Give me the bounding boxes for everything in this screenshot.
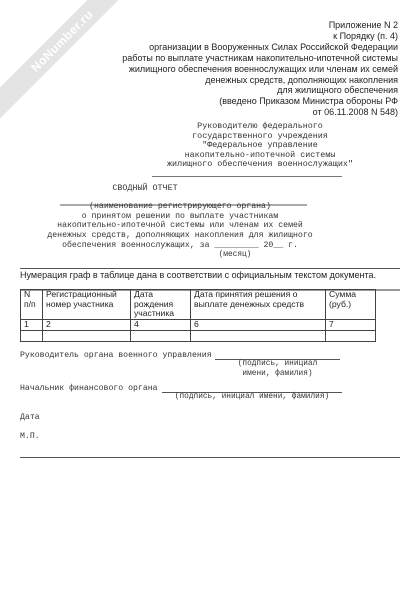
table-row <box>21 330 376 341</box>
table-cell[interactable] <box>131 330 191 341</box>
report-body-line: денежных средств, дополняющих накопления… <box>40 231 320 241</box>
note-top-rule <box>20 268 400 269</box>
military-head-label: Руководитель органа военного управления <box>20 351 212 360</box>
appendix-line: работы по выплате участникам накопительн… <box>68 53 398 64</box>
org-caption: (наименование регистрирующего органа) <box>40 202 320 212</box>
addressee-block: Руководителю федерального государственно… <box>150 122 370 170</box>
header-decision-date: Дата принятия решения о выплате денежных… <box>191 290 326 320</box>
header-number: N п/п <box>21 290 43 320</box>
military-head-caption: (подпись, инициал имени, фамилия) <box>215 360 340 379</box>
report-title: СВОДНЫЙ ОТЧЕТ <box>0 183 290 193</box>
appendix-line: организации в Вооруженных Силах Российск… <box>68 42 398 53</box>
header-birth-date: Дата рождения участника <box>131 290 191 320</box>
appendix-header: Приложение N 2 к Порядку (п. 4) организа… <box>68 20 398 118</box>
column-number: 7 <box>326 319 376 330</box>
report-body-line: обеспечения военнослужащих, за _________… <box>40 241 320 251</box>
table-cell[interactable] <box>191 330 326 341</box>
report-body: (наименование регистрирующего органа) о … <box>40 202 320 260</box>
table-header-row: N п/п Регистрационный номер участника Да… <box>21 290 376 320</box>
stamp-label: М.П. <box>20 432 40 441</box>
table-cell[interactable] <box>21 330 43 341</box>
appendix-line: от 06.11.2008 N 548) <box>68 107 398 118</box>
column-number: 4 <box>131 319 191 330</box>
addressee-line: жилищного обеспечения военнослужащих" <box>150 160 370 170</box>
table-cell[interactable] <box>43 330 131 341</box>
date-label: Дата <box>20 413 40 422</box>
bottom-rule <box>20 457 400 458</box>
report-body-line: о принятом решении по выплате участникам <box>40 212 320 222</box>
table-column-numbers-row: 1 2 4 6 7 <box>21 319 376 330</box>
appendix-line: (введено Приказом Министра обороны РФ <box>68 96 398 107</box>
month-caption: (месяц) <box>40 251 320 261</box>
report-body-line: накопительно-ипотечной системы или члена… <box>40 221 320 231</box>
addressee-sign-line <box>152 176 342 177</box>
table-cell[interactable] <box>326 330 376 341</box>
appendix-line: денежных средств, дополняющих накопления <box>68 75 398 86</box>
column-number: 1 <box>21 319 43 330</box>
numbering-note: Нумерация граф в таблице дана в соответс… <box>20 270 400 280</box>
appendix-line: Приложение N 2 <box>68 20 398 31</box>
appendix-line: для жилищного обеспечения <box>68 85 398 96</box>
appendix-line: к Порядку (п. 4) <box>68 31 398 42</box>
header-reg-number: Регистрационный номер участника <box>43 290 131 320</box>
column-number: 2 <box>43 319 131 330</box>
caption-line: имени, фамилия) <box>215 370 340 380</box>
column-number: 6 <box>191 319 326 330</box>
participants-table: N п/п Регистрационный номер участника Да… <box>20 289 376 342</box>
finance-head-label: Начальник финансового органа <box>20 384 158 393</box>
appendix-line: жилищного обеспечения военнослужащих или… <box>68 64 398 75</box>
caption-line: (подпись, инициал <box>215 360 340 370</box>
header-amount: Сумма (руб.) <box>326 290 376 320</box>
finance-head-caption: (подпись, инициал имени, фамилия) <box>162 393 342 403</box>
